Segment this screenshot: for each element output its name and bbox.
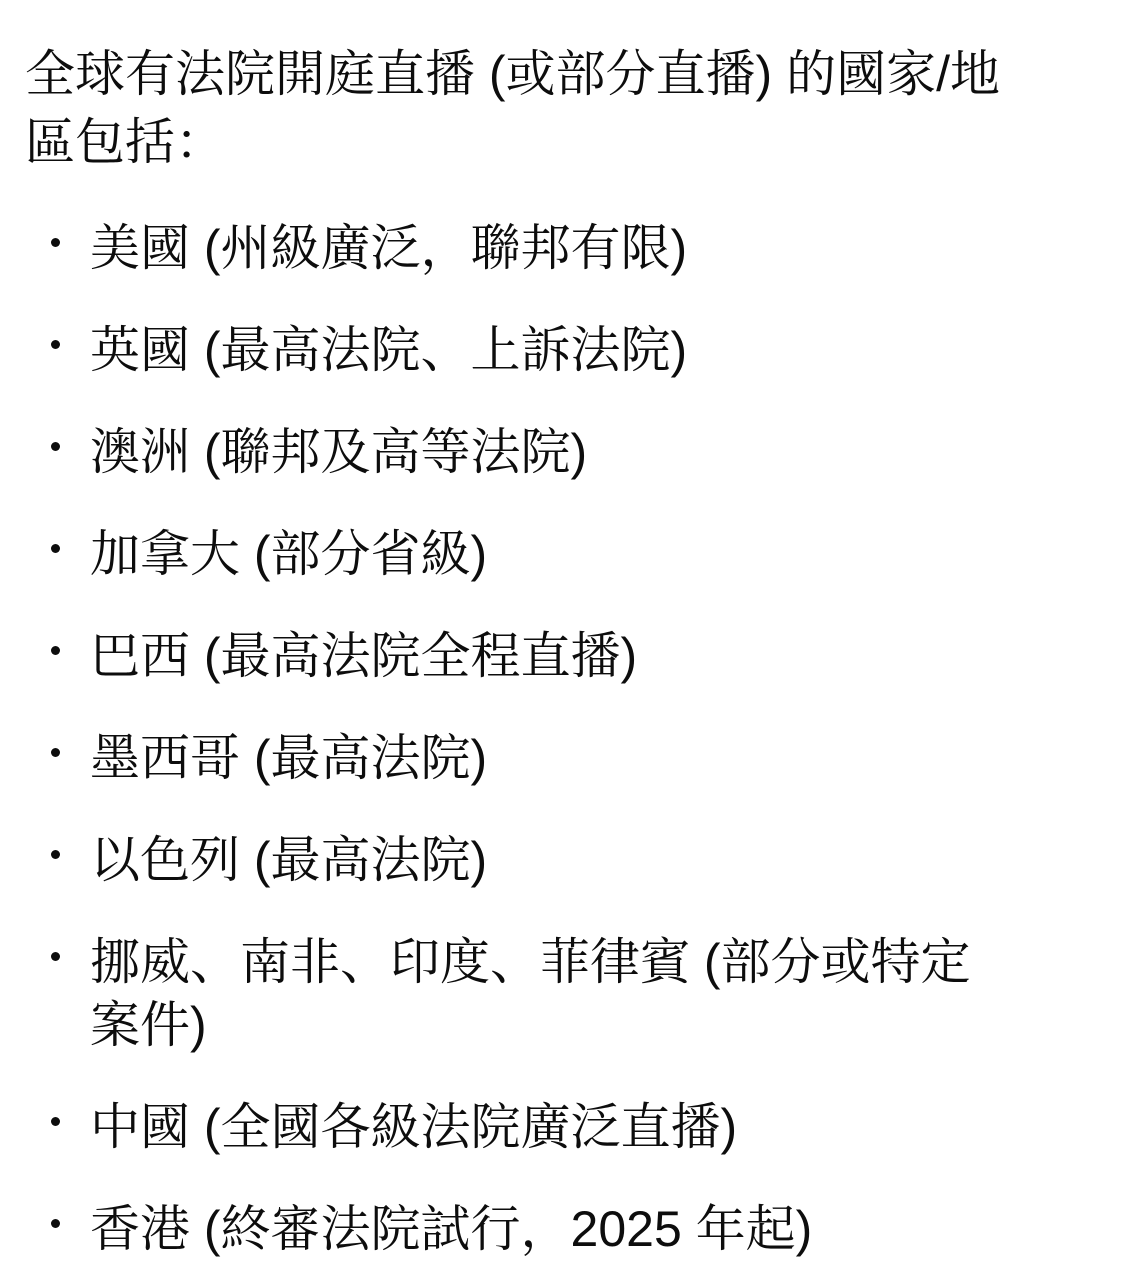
list-item: 加拿大 (部分省級) xyxy=(25,523,1052,586)
list-item-text: 以色列 (最高法院) xyxy=(90,832,487,888)
list-item: 中國 (全國各級法院廣泛直播) xyxy=(25,1096,1052,1159)
list-item-text: 香港 (終審法院試行，2025 年起) xyxy=(90,1201,812,1257)
bullet-icon xyxy=(51,442,60,451)
list-item-text: 中國 (全國各級法院廣泛直播) xyxy=(90,1099,737,1155)
list-item-text: 墨西哥 (最高法院) xyxy=(90,730,487,786)
list-item-text: 澳洲 (聯邦及高等法院) xyxy=(90,424,587,480)
list-item: 挪威、南非、印度、菲律賓 (部分或特定 案件) xyxy=(25,931,1052,1057)
list-item: 以色列 (最高法院) xyxy=(25,829,1052,892)
bullet-icon xyxy=(51,850,60,859)
country-list: 美國 (州級廣泛，聯邦有限) 英國 (最高法院、上訴法院) 澳洲 (聯邦及高等法… xyxy=(25,217,1052,1261)
list-item-text: 英國 (最高法院、上訴法院) xyxy=(90,322,687,378)
bullet-icon xyxy=(51,1117,60,1126)
list-item: 香港 (終審法院試行，2025 年起) xyxy=(25,1198,1052,1261)
list-item-text: 加拿大 (部分省級) xyxy=(90,526,487,582)
bullet-icon xyxy=(51,952,60,961)
bullet-icon xyxy=(51,1219,60,1228)
list-item-text: 挪威、南非、印度、菲律賓 (部分或特定 案件) xyxy=(90,934,971,1053)
bullet-icon xyxy=(51,238,60,247)
page: { "page": { "background_color": "#ffffff… xyxy=(0,0,1142,1280)
list-item: 英國 (最高法院、上訴法院) xyxy=(25,319,1052,382)
list-item: 美國 (州級廣泛，聯邦有限) xyxy=(25,217,1052,280)
bullet-icon xyxy=(51,544,60,553)
list-item: 巴西 (最高法院全程直播) xyxy=(25,625,1052,688)
list-item: 墨西哥 (最高法院) xyxy=(25,727,1052,790)
list-item-text: 巴西 (最高法院全程直播) xyxy=(90,628,637,684)
list-item: 澳洲 (聯邦及高等法院) xyxy=(25,421,1052,484)
message-content: 全球有法院開庭直播 (或部分直播) 的國家/地 區包括： 美國 (州級廣泛，聯邦… xyxy=(0,0,1142,1261)
list-item-text: 美國 (州級廣泛，聯邦有限) xyxy=(90,220,687,276)
bullet-icon xyxy=(51,646,60,655)
bullet-icon xyxy=(51,748,60,757)
intro-paragraph: 全球有法院開庭直播 (或部分直播) 的國家/地 區包括： xyxy=(25,40,1052,176)
bullet-icon xyxy=(51,340,60,349)
